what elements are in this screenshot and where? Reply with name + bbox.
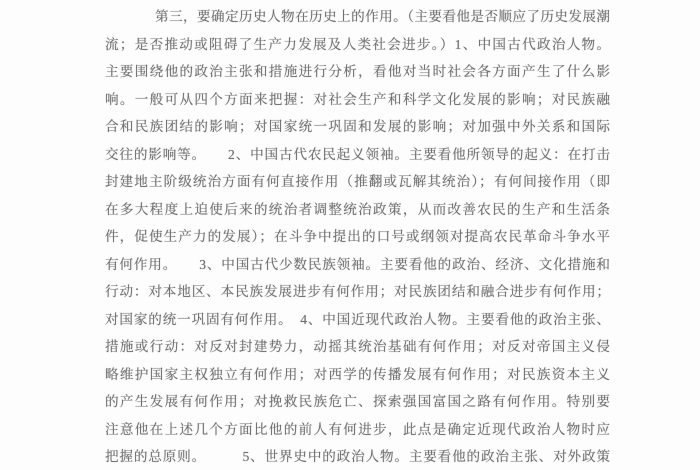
text-line: 的产生发展有何作用；对挽救民族危亡、探索强国富国之路有何作用。特别要 — [105, 388, 610, 416]
text-line: 封建地主阶级统治方面有何直接作用（推翻或瓦解其统治）；有何间接作用（即 — [105, 168, 610, 196]
text-line: 略维护国家主权独立有何作用；对西学的传播发展有何作用；对民族资本主义 — [105, 361, 610, 389]
text-line: 流；是否推动或阻碍了生产力发展及人类社会进步。）1、中国古代政治人物。 — [105, 31, 610, 59]
document-page: 第三，要确定历史人物在历史上的作用。（主要看他是否顺应了历史发展潮流；是否推动或… — [0, 0, 700, 470]
text-line: 合和民族团结的影响；对国家统一巩固和发展的影响；对加强中外关系和国际 — [105, 113, 610, 141]
text-line: 注意他在上述几个方面比他的前人有何进步，此点是确定近现代政治人物时应 — [105, 416, 610, 444]
text-line: 对国家的统一巩固有何作用。 4、中国近现代政治人物。主要看他的政治主张、 — [105, 306, 610, 334]
text-line: 响。一般可从四个方面来把握：对社会生产和科学文化发展的影响；对民族融 — [105, 86, 610, 114]
text-line: 件，促使生产力的发展）；在斗争中提出的口号或纲领对提高农民革命斗争水平 — [105, 223, 610, 251]
text-line: 在多大程度上迫使后来的统治者调整统治政策，从而改善农民的生产和生活条 — [105, 196, 610, 224]
text-line: 把握的总原则。 5、世界史中的政治人物。主要看他的政治主张、对外政策 — [105, 443, 610, 470]
text-line: 主要围绕他的政治主张和措施进行分析，看他对当时社会各方面产生了什么影 — [105, 58, 610, 86]
text-line: 有何作用。 3、中国古代少数民族领袖。主要看他的政治、经济、文化措施和 — [105, 251, 610, 279]
text-line: 措施或行动：对反对封建势力，动摇其统治基础有何作用；对反对帝国主义侵 — [105, 333, 610, 361]
text-line: 交往的影响等。 2、中国古代农民起义领袖。主要看他所领导的起义：在打击 — [105, 141, 610, 169]
text-line: 行动：对本地区、本民族发展进步有何作用；对民族团结和融合进步有何作用； — [105, 278, 610, 306]
text-line: 第三，要确定历史人物在历史上的作用。（主要看他是否顺应了历史发展潮 — [105, 3, 610, 31]
document-text: 第三，要确定历史人物在历史上的作用。（主要看他是否顺应了历史发展潮流；是否推动或… — [105, 3, 610, 470]
